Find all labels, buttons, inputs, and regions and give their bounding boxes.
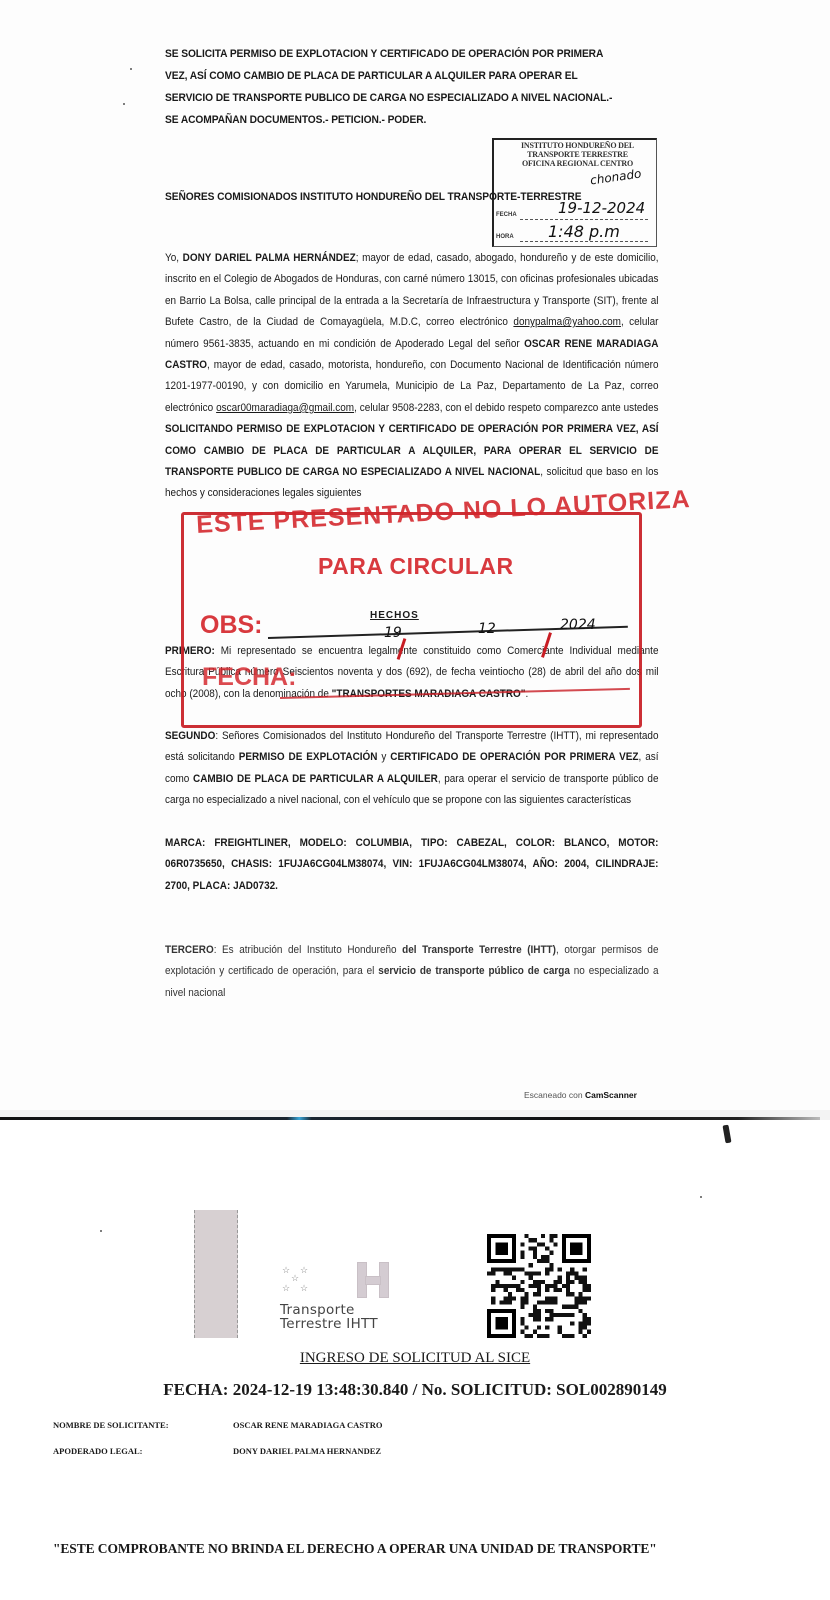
- gray-placeholder-block: [194, 1210, 238, 1338]
- red-stamp-line2: PARA CIRCULAR: [318, 553, 514, 580]
- qr-code-icon: [487, 1234, 591, 1338]
- reception-fecha-value: 19-12-2024: [558, 199, 645, 217]
- disclaimer-text: "ESTE COMPROBANTE NO BRINDA EL DERECHO A…: [53, 1541, 657, 1557]
- camscanner-watermark: Escaneado con CamScanner: [524, 1090, 637, 1100]
- reception-stamp-title: INSTITUTO HONDUREÑO DEL TRANSPORTE TERRE…: [505, 141, 650, 168]
- petition-heading: SE SOLICITA PERMISO DE EXPLOTACION Y CER…: [165, 43, 663, 131]
- sice-title: INGRESO DE SOLICITUD AL SICE: [0, 1350, 830, 1367]
- heading-line: SE ACOMPAÑAN DOCUMENTOS.- PETICION.- POD…: [165, 109, 663, 131]
- scan-speck: [100, 1230, 102, 1232]
- heading-line: VEZ, ASÍ COMO CAMBIO DE PLACA DE PARTICU…: [165, 65, 663, 87]
- red-stamp-fecha-label: FECHA:: [202, 663, 296, 692]
- ihtt-logo-text: Transporte Terrestre IHTT: [280, 1303, 378, 1331]
- heading-line: SE SOLICITA PERMISO DE EXPLOTACION Y CER…: [165, 43, 663, 65]
- sice-fecha-solicitud: FECHA: 2024-12-19 13:48:30.840 / No. SOL…: [0, 1380, 830, 1400]
- ihtt-h-logo-icon: [357, 1262, 389, 1296]
- solicitante-label: NOMBRE DE SOLICITANTE:: [53, 1420, 169, 1430]
- stars-icon: ☆☆ ☆ ☆☆: [282, 1265, 342, 1305]
- scanned-page-1: SE SOLICITA PERMISO DE EXPLOTACION Y CER…: [0, 0, 830, 1110]
- solicitante-value: OSCAR RENE MARADIAGA CASTRO: [233, 1420, 382, 1430]
- red-stamp-obs-label: OBS:: [200, 611, 263, 640]
- scan-speck: [130, 68, 132, 70]
- hechos-title: HECHOS: [370, 610, 419, 621]
- reception-hora-line: [520, 241, 648, 242]
- tercero-paragraph: TERCERO: Es atribución del Instituto Hon…: [165, 940, 659, 1004]
- reception-fecha-line: [520, 219, 648, 220]
- reception-hora-value: 1:48 p.m: [548, 222, 620, 241]
- apoderado-value: DONY DARIEL PALMA HERNANDEZ: [233, 1446, 381, 1456]
- vehicle-details: MARCA: FREIGHTLINER, MODELO: COLUMBIA, T…: [165, 833, 659, 897]
- segundo-paragraph: SEGUNDO: Señores Comisionados del Instit…: [165, 726, 659, 812]
- intro-paragraph: Yo, DONY DARIEL PALMA HERNÁNDEZ; mayor d…: [165, 248, 659, 505]
- apoderado-label: APODERADO LEGAL:: [53, 1446, 143, 1456]
- scan-speck: [123, 103, 125, 105]
- handwritten-year: 2024: [560, 617, 596, 633]
- reception-fecha-label: FECHA: [496, 212, 517, 218]
- reception-hora-label: HORA: [496, 234, 514, 240]
- scan-speck: [700, 1196, 702, 1198]
- heading-line: SERVICIO DE TRANSPORTE PUBLICO DE CARGA …: [165, 87, 663, 109]
- handwritten-day: 19: [384, 625, 402, 641]
- handwritten-month: 12: [478, 621, 496, 637]
